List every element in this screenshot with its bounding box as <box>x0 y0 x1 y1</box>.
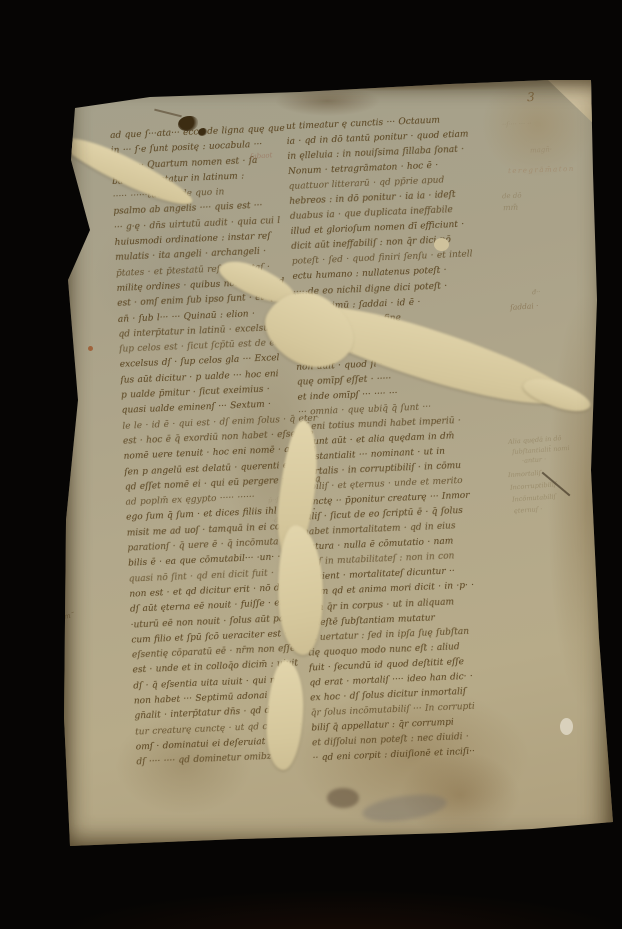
folio-number: 3 <box>527 90 535 104</box>
gloss-minims: mm̄ <box>503 203 518 213</box>
gloss-de-do: de dō <box>502 192 522 201</box>
gloss-saddai: ſaddai · <box>510 301 539 312</box>
parchment-leaf: ad que ſ···ata··· ecce de ligna quę quei… <box>62 78 615 849</box>
pale-hole <box>434 238 449 251</box>
gloss-incommutabilis: Incōmutabiliſ <box>512 492 556 503</box>
gloss-aeternus: ęternuſ · <box>514 505 543 515</box>
pen-stroke <box>154 109 182 118</box>
white-fleck <box>560 718 573 735</box>
folded-corner <box>548 80 593 126</box>
pen-trial-marks: ·ſ· ˜··· <box>104 93 124 103</box>
gloss-tetragrammaton: teregrām̄aton <box>508 165 575 175</box>
gloss-faint-top-right: ··ſ···· ··· ·· <box>502 119 532 128</box>
gloss-incorruptibilis: Incorruptibiliſ <box>510 480 557 491</box>
gloss-inmortalis: Inmortaliſ <box>508 469 541 479</box>
margin-squiggle: m˜ <box>63 611 74 621</box>
photograph-background: ad que ſ···ata··· ecce de ligna quę quei… <box>0 0 622 929</box>
gloss-intercolumn-faint-1: p̄··ſ <box>268 496 279 505</box>
rust-dot <box>88 346 93 351</box>
dark-smudge <box>327 788 359 808</box>
gloss-alia-line-2: ſubſtantialit̄ nomi <box>512 444 570 456</box>
gloss-alia-line-3: ·antur · <box>522 455 547 465</box>
gray-smudge <box>361 790 449 826</box>
repair-patch-diagonal-tip <box>520 372 594 418</box>
gloss-magn: magn̄· <box>530 145 552 154</box>
gloss-dec: đ·· <box>532 288 541 297</box>
text-column-right: ut timeatur ę cunctis ··· Octauumia · qd… <box>286 114 515 769</box>
gloss-sabaoth: ſabaot <box>250 151 273 161</box>
